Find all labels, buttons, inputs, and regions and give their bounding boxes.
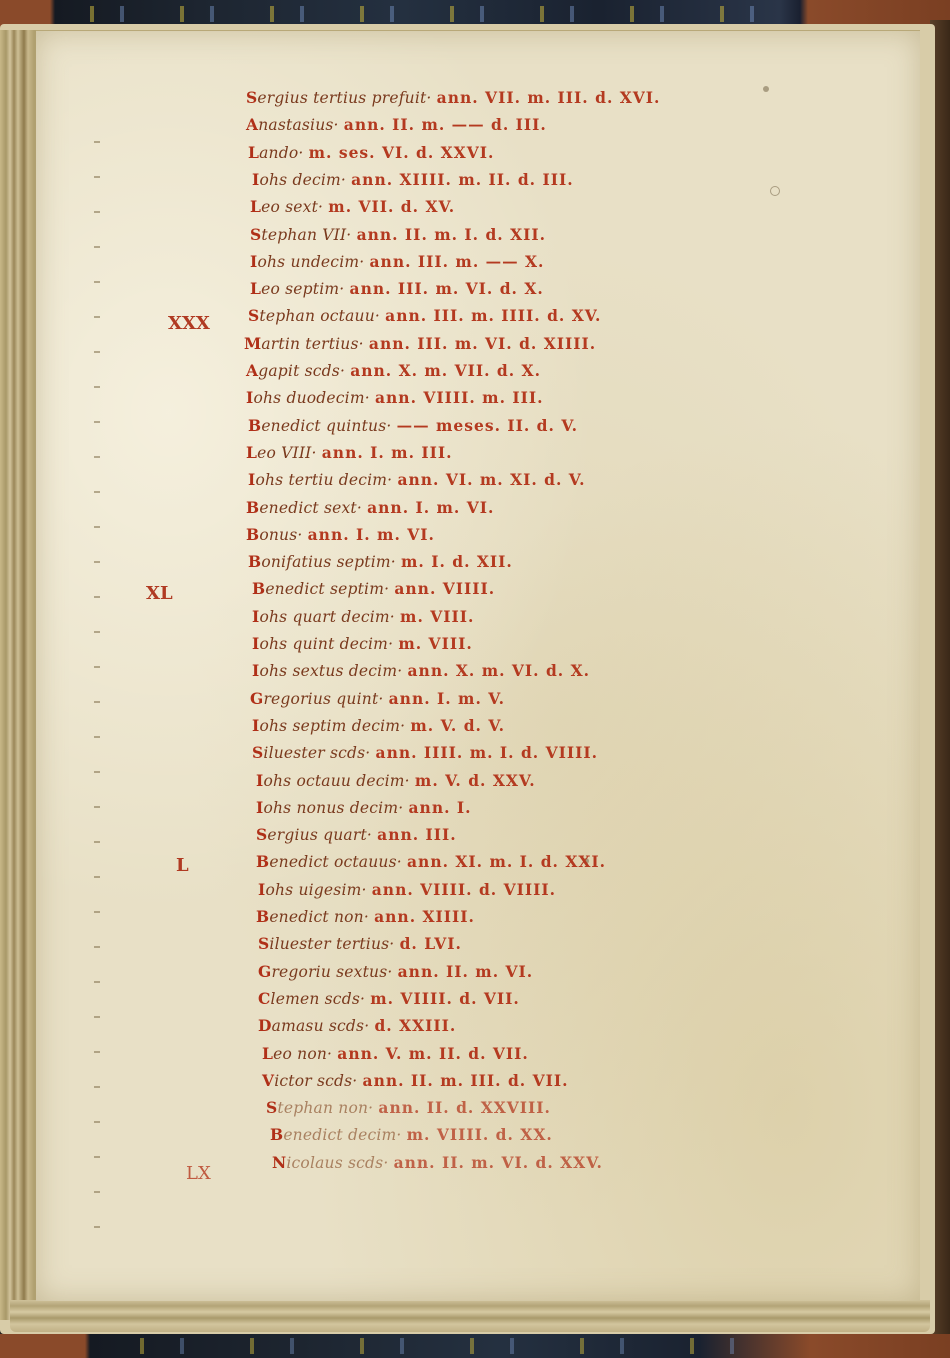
initial-capital: L: [248, 143, 259, 162]
book-binding-bottom: [0, 1334, 950, 1358]
list-entry: Agapit scds· ann. X. m. VII. d. X.: [246, 361, 541, 381]
pope-name: enedict decim·: [283, 1126, 406, 1144]
initial-capital: B: [256, 907, 269, 926]
list-entry: Victor scds· ann. II. m. III. d. VII.: [262, 1071, 569, 1091]
reign-length: ann. III. m. —— X.: [370, 252, 545, 271]
pope-name: regoriu sextus·: [271, 963, 397, 981]
initial-capital: S: [248, 306, 259, 325]
parchment-hole: [770, 186, 780, 196]
reign-length: ann. II. m. VI.: [398, 962, 534, 981]
reign-length: ann. V. m. II. d. VII.: [337, 1044, 529, 1063]
initial-capital: S: [258, 934, 269, 953]
list-entry: Iohs quint decim· m. VIII.: [252, 634, 473, 654]
list-entry: Sergius quart· ann. III.: [256, 825, 457, 845]
list-entry: Iohs nonus decim· ann. I.: [256, 798, 472, 818]
pricking-marks: [94, 111, 100, 1231]
pope-name: ohs decim·: [259, 171, 351, 189]
reign-length: ann. III. m. VI. d. XIIII.: [369, 334, 596, 353]
list-entry: Iohs sextus decim· ann. X. m. VI. d. X.: [252, 661, 590, 681]
margin-numeral: LX: [186, 1163, 211, 1184]
pope-name: ohs tertiu decim·: [255, 471, 397, 489]
reign-length: ann. VIIII.: [394, 579, 495, 598]
reign-length: ann. III. m. IIII. d. XV.: [385, 306, 601, 325]
list-entry: Benedict decim· m. VIIII. d. XX.: [270, 1125, 553, 1145]
list-entry: Iohs tertiu decim· ann. VI. m. XI. d. V.: [248, 470, 586, 490]
reign-length: m. V. d. V.: [410, 716, 505, 735]
reign-length: ann. III.: [377, 825, 457, 844]
reign-length: ann. II. m. —— d. III.: [344, 115, 547, 134]
reign-length: ann. III. m. VI. d. X.: [350, 279, 544, 298]
initial-capital: L: [250, 197, 261, 216]
reign-length: ann. I. m. III.: [322, 443, 453, 462]
list-entry: Lando· m. ses. VI. d. XXVI.: [248, 143, 494, 163]
list-entry: Iohs septim decim· m. V. d. V.: [252, 716, 505, 736]
initial-capital: B: [252, 579, 265, 598]
reign-length: m. VIII.: [400, 607, 474, 626]
pope-name: enedict non·: [269, 908, 374, 926]
reign-length: ann. XI. m. I. d. XXI.: [407, 852, 606, 871]
reign-length: m. VIIII. d. VII.: [370, 989, 520, 1008]
list-entry: Stephan octauu· ann. III. m. IIII. d. XV…: [248, 306, 601, 326]
initial-capital: B: [246, 525, 259, 544]
pope-name: ergius tertius prefuit·: [257, 89, 436, 107]
list-entry: Siluester tertius· d. LVI.: [258, 934, 462, 954]
pope-name: nastasius·: [258, 116, 344, 134]
reign-length: ann. VIIII. d. VIIII.: [372, 880, 556, 899]
list-entry: Leo VIII· ann. I. m. III.: [246, 443, 453, 463]
page-edges-bottom: [10, 1300, 930, 1332]
reign-length: m. VIIII. d. XX.: [407, 1125, 553, 1144]
pope-name: enedict octauus·: [269, 853, 407, 871]
reign-length: m. VIII.: [398, 634, 472, 653]
initial-capital: S: [266, 1098, 277, 1117]
list-entry: Gregoriu sextus· ann. II. m. VI.: [258, 962, 533, 982]
pope-name: ergius quart·: [267, 826, 377, 844]
list-entry: Benedict non· ann. XIIII.: [256, 907, 475, 927]
initial-capital: N: [272, 1153, 286, 1172]
initial-capital: B: [270, 1125, 283, 1144]
initial-capital: B: [248, 416, 261, 435]
reign-length: ann. VIIII. m. III.: [375, 388, 544, 407]
pope-name: ohs septim decim·: [259, 717, 410, 735]
reign-length: ann. VI. m. XI. d. V.: [397, 470, 585, 489]
list-entry: Bonifatius septim· m. I. d. XII.: [248, 552, 513, 572]
pope-name: onus·: [259, 526, 307, 544]
pope-name: tephan octauu·: [259, 307, 385, 325]
list-entry: Clemen scds· m. VIIII. d. VII.: [258, 989, 520, 1009]
pope-name: ohs uigesim·: [265, 881, 371, 899]
initial-capital: G: [258, 962, 271, 981]
initial-capital: S: [250, 225, 261, 244]
pope-name: enedict quintus·: [261, 417, 396, 435]
reign-length: ann. XIIII. m. II. d. III.: [351, 170, 573, 189]
initial-capital: S: [246, 88, 257, 107]
pope-name: ando·: [259, 144, 309, 162]
pope-name: regorius quint·: [263, 690, 388, 708]
initial-capital: D: [258, 1016, 272, 1035]
margin-numeral: L: [176, 855, 189, 876]
pope-name: ohs nonus decim·: [263, 799, 408, 817]
reign-length: ann. II. m. I. d. XII.: [357, 225, 546, 244]
initial-capital: B: [248, 552, 261, 571]
list-entry: Stephan non· ann. II. d. XXVIII.: [266, 1098, 551, 1118]
pope-name: amasu scds·: [272, 1017, 375, 1035]
list-entry: Anastasius· ann. II. m. —— d. III.: [246, 115, 547, 135]
list-entry: Iohs undecim· ann. III. m. —— X.: [250, 252, 544, 272]
list-entry: Benedict septim· ann. VIIII.: [252, 579, 495, 599]
reign-length: d. LVI.: [400, 934, 462, 953]
pope-name: enedict sext·: [259, 499, 367, 517]
pope-name: ohs undecim·: [257, 253, 369, 271]
reign-length: ann. I.: [409, 798, 472, 817]
initial-capital: S: [256, 825, 267, 844]
initial-capital: G: [250, 689, 263, 708]
initial-capital: A: [246, 115, 258, 134]
reign-length: ann. VII. m. III. d. XVI.: [437, 88, 661, 107]
pope-name: onifatius septim·: [261, 553, 401, 571]
initial-capital: L: [250, 279, 261, 298]
pope-name: eo VIII·: [257, 444, 322, 462]
list-entry: Bonus· ann. I. m. VI.: [246, 525, 435, 545]
pope-name: lemen scds·: [271, 990, 371, 1008]
pope-name: eo septim·: [261, 280, 349, 298]
reign-length: ann. I. m. VI.: [308, 525, 435, 544]
list-entry: Martin tertius· ann. III. m. VI. d. XIII…: [244, 334, 596, 354]
reign-length: ann. II. d. XXVIII.: [378, 1098, 551, 1117]
list-entry: Iohs decim· ann. XIIII. m. II. d. III.: [252, 170, 574, 190]
pope-name: ohs duodecim·: [253, 389, 375, 407]
initial-capital: B: [246, 498, 259, 517]
page-edges-left: [0, 30, 36, 1320]
list-entry: Benedict octauus· ann. XI. m. I. d. XXI.: [256, 852, 606, 872]
list-entry: Siluester scds· ann. IIII. m. I. d. VIII…: [252, 743, 598, 763]
list-entry: Iohs uigesim· ann. VIIII. d. VIIII.: [258, 880, 556, 900]
pope-name: tephan non·: [277, 1099, 378, 1117]
parchment-speck: [763, 86, 769, 92]
list-entry: Gregorius quint· ann. I. m. V.: [250, 689, 505, 709]
reign-length: d. XXIII.: [374, 1016, 456, 1035]
reign-length: m. ses. VI. d. XXVI.: [309, 143, 495, 162]
pope-name: icolaus scds·: [286, 1154, 393, 1172]
initial-capital: C: [258, 989, 271, 1008]
pope-name: tephan VII·: [261, 226, 356, 244]
reign-length: m. V. d. XXV.: [415, 771, 536, 790]
list-entry: Iohs octauu decim· m. V. d. XXV.: [256, 771, 536, 791]
reign-length: m. I. d. XII.: [401, 552, 513, 571]
list-entry: Benedict quintus· —— meses. II. d. V.: [248, 416, 578, 436]
reign-length: ann. IIII. m. I. d. VIIII.: [376, 743, 598, 762]
pope-name: ictor scds·: [274, 1072, 362, 1090]
list-entry: Iohs quart decim· m. VIII.: [252, 607, 474, 627]
initial-capital: M: [244, 334, 261, 353]
initial-capital: L: [246, 443, 257, 462]
pope-name: eo sext·: [261, 198, 328, 216]
reign-length: ann. XIIII.: [374, 907, 475, 926]
reign-length: ann. II. m. III. d. VII.: [363, 1071, 569, 1090]
reign-length: m. VII. d. XV.: [328, 197, 455, 216]
pope-name: iluester scds·: [263, 744, 375, 762]
margin-numeral: XXX: [168, 313, 210, 334]
reign-length: ann. I. m. V.: [389, 689, 505, 708]
list-entry: Iohs duodecim· ann. VIIII. m. III.: [246, 388, 544, 408]
reign-length: ann. I. m. VI.: [367, 498, 494, 517]
pope-name: iluester tertius·: [269, 935, 399, 953]
pope-name: gapit scds·: [258, 362, 350, 380]
reign-length: ann. X. m. VII. d. X.: [350, 361, 541, 380]
list-entry: Leo septim· ann. III. m. VI. d. X.: [250, 279, 544, 299]
list-entry: Sergius tertius prefuit· ann. VII. m. II…: [246, 88, 660, 108]
pope-name: ohs sextus decim·: [259, 662, 407, 680]
initial-capital: S: [252, 743, 263, 762]
list-entry: Stephan VII· ann. II. m. I. d. XII.: [250, 225, 546, 245]
pope-name: ohs quint decim·: [259, 635, 398, 653]
pope-name: eo non·: [273, 1045, 337, 1063]
list-entry: Benedict sext· ann. I. m. VI.: [246, 498, 494, 518]
reign-length: —— meses. II. d. V.: [397, 416, 578, 435]
reign-length: ann. X. m. VI. d. X.: [408, 661, 591, 680]
initial-capital: A: [246, 361, 258, 380]
list-entry: Nicolaus scds· ann. II. m. VI. d. XXV.: [272, 1153, 603, 1173]
pope-name: ohs octauu decim·: [263, 772, 414, 790]
margin-numeral: XL: [146, 583, 173, 604]
initial-capital: B: [256, 852, 269, 871]
reign-length: ann. II. m. VI. d. XXV.: [394, 1153, 603, 1172]
pope-name: ohs quart decim·: [259, 608, 400, 626]
list-entry: Leo sext· m. VII. d. XV.: [250, 197, 455, 217]
pope-name: artin tertius·: [261, 335, 369, 353]
initial-capital: L: [262, 1044, 273, 1063]
list-entry: Leo non· ann. V. m. II. d. VII.: [262, 1044, 529, 1064]
pope-name: enedict septim·: [265, 580, 394, 598]
list-entry: Damasu scds· d. XXIII.: [258, 1016, 456, 1036]
initial-capital: V: [262, 1071, 274, 1090]
